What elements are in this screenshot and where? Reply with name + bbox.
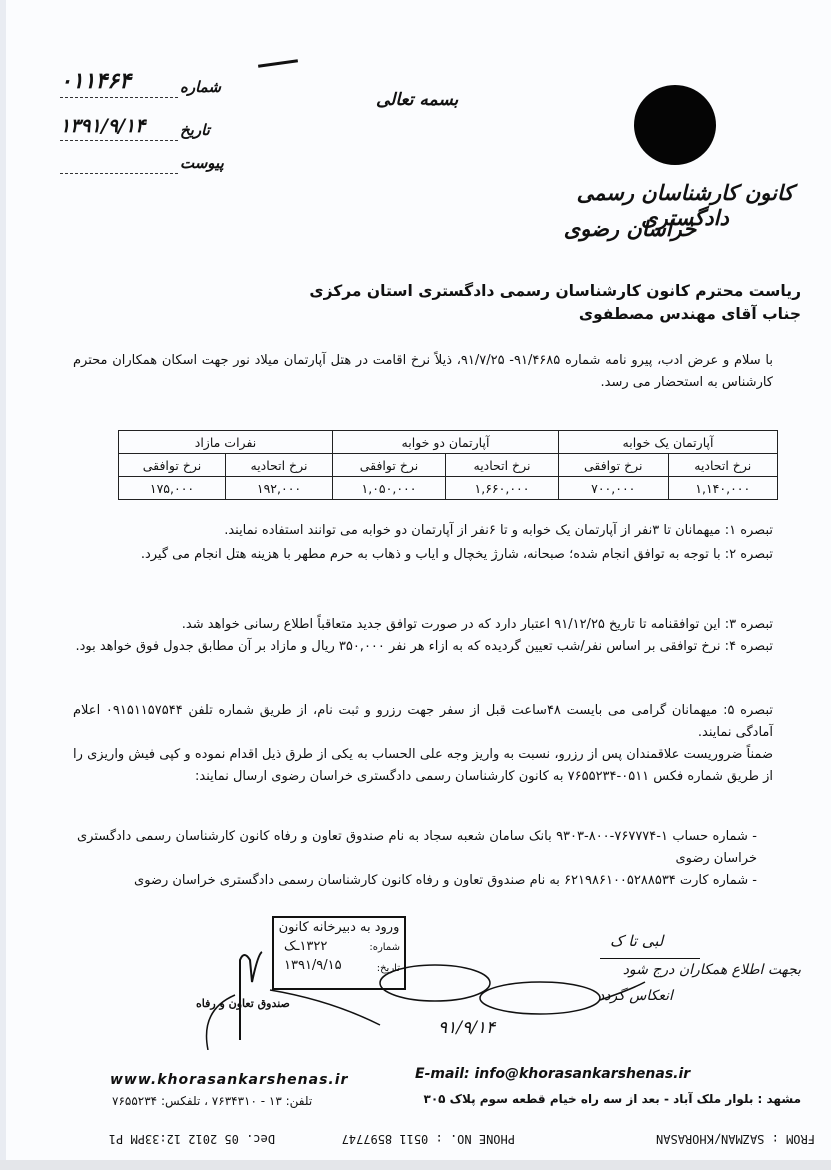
- group-header-extra-persons: نفرات مازاد: [119, 431, 333, 454]
- rates-table: آپارتمان یک خوابه آپارتمان دو خوابه نفرا…: [118, 430, 778, 500]
- letter-attachment-row: پیوست: [60, 148, 210, 174]
- note-2: تبصره ۲: با توجه به توافق انجام شده؛ صبح…: [73, 544, 773, 566]
- payment-method-card: شماره کارت ۶۲۱۹۸۶۱۰۰۵۲۸۸۵۳۴ به نام صندوق…: [77, 870, 757, 892]
- letter-number-label: شماره: [180, 78, 221, 96]
- page-edge: [0, 0, 6, 1170]
- note-1: تبصره ۱: میهمانان تا ۳نفر از آپارتمان یک…: [73, 520, 773, 542]
- letter-date-row: ۱۳۹۱/۹/۱۴ تاریخ: [60, 115, 210, 141]
- letter-date-value: ۱۳۹۱/۹/۱۴: [60, 115, 145, 137]
- fax-timestamp: Dec. 05 2012 12:33PM P1: [109, 1132, 275, 1146]
- payment-intro: ضمناً ضروریست علاقمندان پس از رزرو، نسبت…: [73, 744, 773, 788]
- rate-cell: ۱,۶۶۰,۰۰۰: [446, 477, 559, 500]
- note-5: تبصره ۵: میهمانان گرامی می بایست ۴۸ساعت …: [73, 700, 773, 744]
- fax-phone: PHONE NO. : 0511 8597747: [342, 1132, 515, 1146]
- rate-cell: ۱,۰۵۰,۰۰۰: [333, 477, 446, 500]
- rate-cell: ۱۹۲,۰۰۰: [226, 477, 333, 500]
- email-link[interactable]: E-mail: info@khorasankarshenas.ir: [415, 1066, 690, 1082]
- fax-transmission-header: FROM : SAZMAN/KHORASAN PHONE NO. : 0511 …: [90, 1130, 815, 1146]
- footer-address: مشهد : بلوار ملک آباد - بعد از سه راه خی…: [424, 1092, 801, 1106]
- letter-number-line: [60, 97, 178, 98]
- website-link[interactable]: www.khorasankarshenas.ir: [110, 1072, 348, 1088]
- footer-phone: تلفن: ۱۳ - ۷۶۳۴۳۱۰ ، تلفکس: ۷۶۵۵۲۳۴: [112, 1094, 312, 1108]
- rate-cell: ۱,۱۴۰,۰۰۰: [668, 477, 778, 500]
- scan-bottom-edge: [0, 1160, 831, 1170]
- letter-date-line: [60, 140, 178, 141]
- rate-cell: ۷۰۰,۰۰۰: [559, 477, 669, 500]
- org-name-line2: خراسان رضوی: [560, 216, 700, 241]
- signature-scribbles-icon: [180, 930, 650, 1050]
- organization-emblem-icon: [634, 85, 716, 165]
- subheader-cell: نرخ توافقی: [333, 454, 446, 477]
- subheader-cell: نرخ اتحادیه: [226, 454, 333, 477]
- letter-attachment-label: پیوست: [180, 154, 224, 172]
- letter-attachment-line: [60, 173, 178, 174]
- subheader-cell: نرخ اتحادیه: [668, 454, 778, 477]
- rate-cell: ۱۷۵,۰۰۰: [119, 477, 226, 500]
- subheader-cell: نرخ توافقی: [559, 454, 669, 477]
- group-header-one-bedroom: آپارتمان یک خوابه: [559, 431, 778, 454]
- intro-paragraph: با سلام و عرض ادب، پیرو نامه شماره ۹۱/۴۶…: [73, 350, 773, 394]
- payment-method-account: شماره حساب ۱-۷۶۷۷۷۴-۸۰۰-۹۳۰۳ بانک سامان …: [77, 826, 757, 870]
- letter-number-row: ۰۱۱۴۶۴ شماره: [60, 72, 210, 98]
- pen-mark: [258, 59, 298, 68]
- subheader-cell: نرخ اتحادیه: [446, 454, 559, 477]
- subheader-cell: نرخ توافقی: [119, 454, 226, 477]
- letter-number-value: ۰۱۱۴۶۴: [60, 68, 131, 94]
- bismillah-heading: بسمه تعالی: [376, 90, 458, 110]
- group-header-two-bedroom: آپارتمان دو خوابه: [333, 431, 559, 454]
- addressee-name: جناب آقای مهندس مصطفوی: [579, 305, 801, 323]
- fax-from: FROM : SAZMAN/KHORASAN: [656, 1132, 815, 1146]
- note-4: تبصره ۴: نرخ توافقی بر اساس نفر/شب تعیین…: [73, 636, 773, 658]
- note-3: تبصره ۳: این توافقنامه تا تاریخ ۹۱/۱۲/۲۵…: [73, 614, 773, 636]
- letter-date-label: تاریخ: [180, 121, 210, 139]
- addressee-title: ریاست محترم کانون کارشناسان رسمی دادگستر…: [309, 282, 801, 300]
